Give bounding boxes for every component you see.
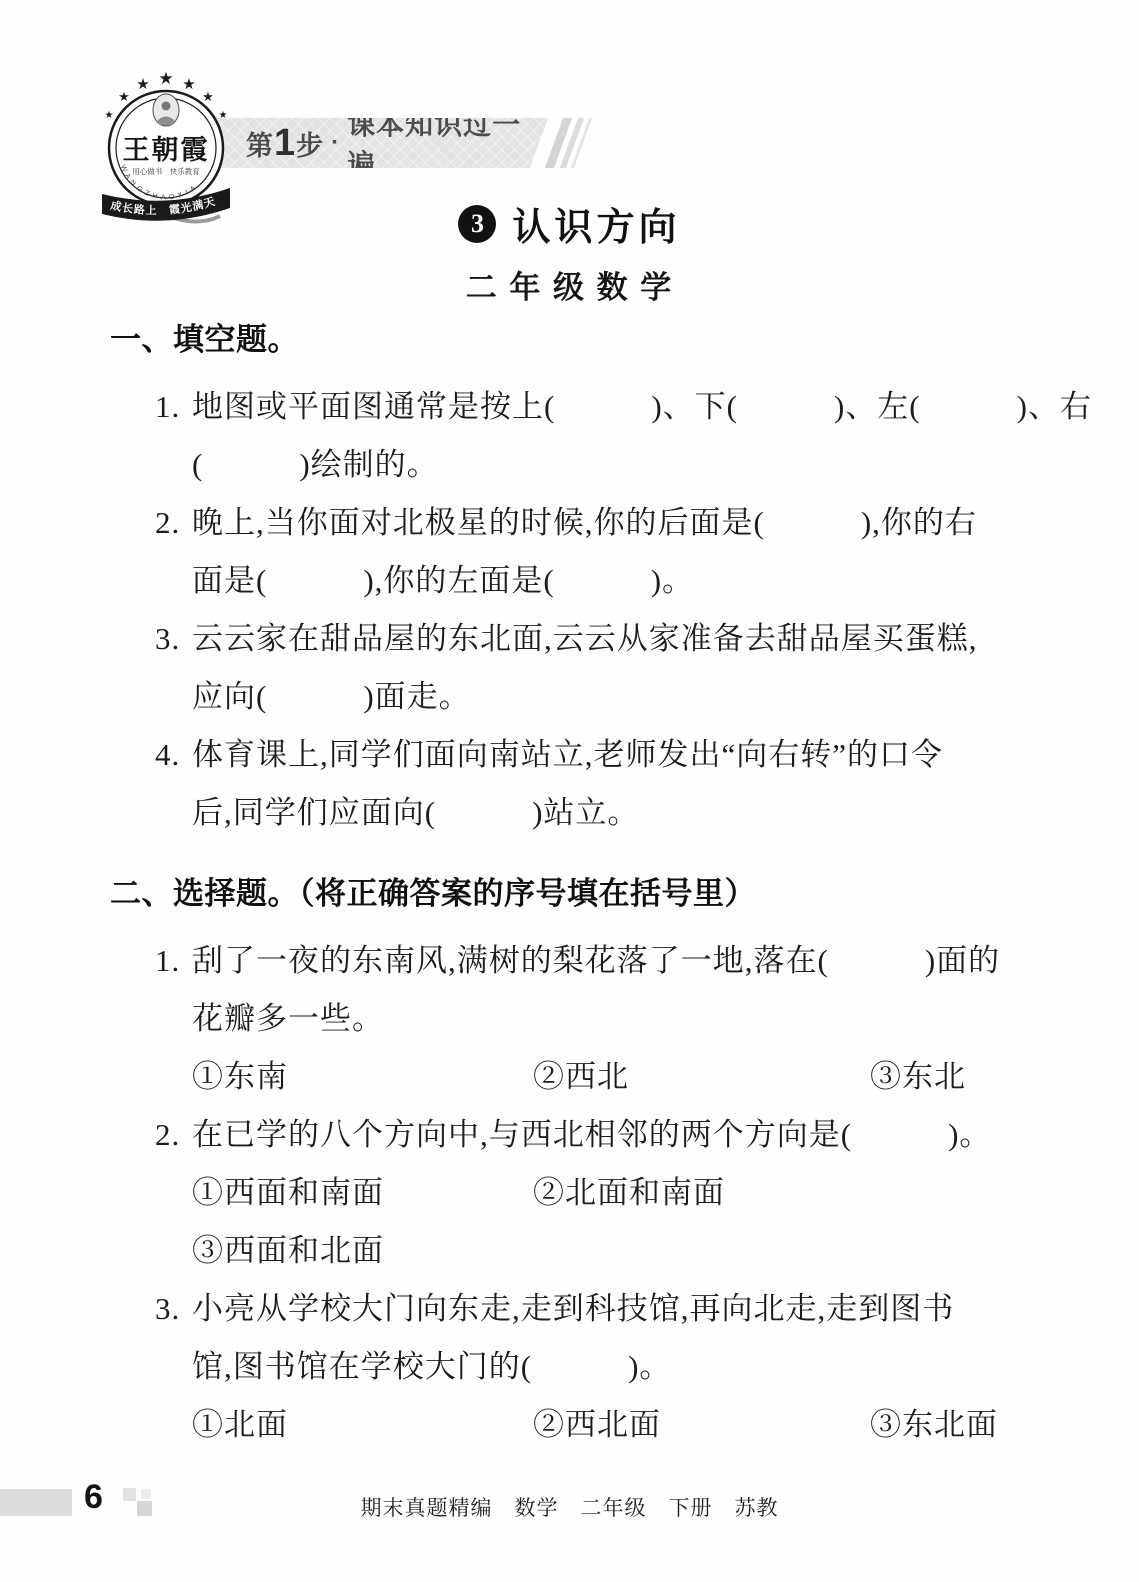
grade-subtitle: 二 年 级 数 学 — [0, 262, 1139, 307]
step-banner: 第 1 步 · 课本知识过一遍 — [214, 118, 548, 168]
question-number: 2. — [155, 1106, 192, 1164]
options-row: ③西面和北面 — [110, 1222, 1040, 1280]
logo-motto-small: 用心做书 快乐教育 — [132, 166, 200, 176]
star-icon: ★ — [182, 76, 195, 93]
question-text: 体育课上,同学们面向南站立,老师发出“向右转”的口令 — [192, 737, 943, 772]
question-text: 刮了一夜的东南风,满树的梨花落了一地,落在( )面的 — [192, 943, 1000, 978]
question-line: 3.云云家在甜品屋的东北面,云云从家准备去甜品屋买蛋糕, — [110, 610, 1040, 668]
choice-question-2: 2.在已学的八个方向中,与西北相邻的两个方向是( )。 ①西面和南面 ②北面和南… — [110, 1106, 1040, 1280]
question-number: 4. — [155, 726, 192, 784]
question-line: 1.地图或平面图通常是按上( )、下( )、左( )、右 — [110, 378, 1040, 436]
star-icon: ★ — [219, 110, 228, 121]
question-text: 在已学的八个方向中,与西北相邻的两个方向是( )。 — [192, 1117, 991, 1152]
options-row: ①北面 ②西北面 ③东北面 — [110, 1396, 1040, 1454]
question-line: 2.晚上,当你面对北极星的时候,你的后面是( ),你的右 — [110, 494, 1040, 552]
section-1-heading: 一、填空题。 — [110, 318, 1040, 362]
choice-question-3: 3.小亮从学校大门向东走,走到科技馆,再向北走,走到图书 馆,图书馆在学校大门的… — [110, 1280, 1040, 1454]
star-icon: ★ — [136, 76, 149, 93]
question-line: 1.刮了一夜的东南风,满树的梨花落了一地,落在( )面的 — [110, 932, 1040, 990]
lesson-number-badge: 3 — [458, 205, 496, 243]
question-text: 面是( ),你的左面是( )。 — [110, 552, 1040, 610]
worksheet-page: 第 1 步 · 课本知识过一遍 ★ ★ ★ ★ ★ ★ ★ WAN — [0, 0, 1139, 1582]
question-line: 4.体育课上,同学们面向南站立,老师发出“向右转”的口令 — [110, 726, 1040, 784]
option-2: ②北面和南面 — [533, 1164, 725, 1222]
question-text: ( )绘制的。 — [110, 436, 1040, 494]
star-icon: ★ — [118, 89, 130, 104]
step-suffix: 步 — [296, 124, 323, 163]
question-text: 地图或平面图通常是按上( )、下( )、左( )、右 — [192, 389, 1092, 424]
brand-logo-badge: ★ ★ ★ ★ ★ ★ ★ WANGZHAOXIA 王朝霞 — [96, 58, 236, 230]
question-number: 3. — [155, 1280, 192, 1338]
fill-question-3: 3.云云家在甜品屋的东北面,云云从家准备去甜品屋买蛋糕, 应向( )面走。 — [110, 610, 1040, 726]
question-text: 后,同学们应面向( )站立。 — [110, 784, 1040, 842]
banner-separator-dot: · — [331, 129, 339, 157]
banner-title: 课本知识过一遍 — [347, 103, 548, 183]
options-row: ①西面和南面 ②北面和南面 — [110, 1164, 1040, 1222]
question-line: 3.小亮从学校大门向东走,走到科技馆,再向北走,走到图书 — [110, 1280, 1040, 1338]
option-3: ③东北 — [870, 1048, 966, 1106]
option-1: ①北面 — [192, 1396, 288, 1454]
fill-question-4: 4.体育课上,同学们面向南站立,老师发出“向右转”的口令 后,同学们应面向( )… — [110, 726, 1040, 842]
options-row: ①东南 ②西北 ③东北 — [110, 1048, 1040, 1106]
fill-question-2: 2.晚上,当你面对北极星的时候,你的后面是( ),你的右 面是( ),你的左面是… — [110, 494, 1040, 610]
question-number: 1. — [155, 378, 192, 436]
banner-stripes — [554, 118, 583, 168]
question-line: 2.在已学的八个方向中,与西北相邻的两个方向是( )。 — [110, 1106, 1040, 1164]
question-number: 2. — [155, 494, 192, 552]
question-text: 花瓣多一些。 — [110, 990, 1040, 1048]
question-text: 小亮从学校大门向东走,走到科技馆,再向北走,走到图书 — [192, 1291, 954, 1326]
star-icon: ★ — [105, 110, 114, 121]
question-number: 1. — [155, 932, 192, 990]
portrait-icon — [153, 94, 179, 126]
brand-logo: ★ ★ ★ ★ ★ ★ ★ WANGZHAOXIA 王朝霞 — [96, 58, 236, 230]
question-area: 一、填空题。 1.地图或平面图通常是按上( )、下( )、左( )、右 ( )绘… — [110, 318, 1040, 1454]
footer-caption: 期末真题精编 数学 二年级 下册 苏教 — [0, 1492, 1139, 1522]
option-3: ③东北面 — [870, 1396, 998, 1454]
star-icon: ★ — [202, 89, 214, 104]
option-1: ①东南 — [192, 1048, 288, 1106]
star-icon: ★ — [158, 69, 173, 88]
option-2: ②西北 — [533, 1048, 629, 1106]
option-1: ①西面和南面 — [192, 1164, 384, 1222]
question-text: 馆,图书馆在学校大门的( )。 — [110, 1338, 1040, 1396]
lesson-title-text: 认识方向 — [512, 196, 680, 251]
question-text: 晚上,当你面对北极星的时候,你的后面是( ),你的右 — [192, 505, 977, 540]
brand-name: 王朝霞 — [123, 135, 210, 165]
question-number: 3. — [155, 610, 192, 668]
step-number: 1 — [274, 124, 295, 162]
option-2: ②西北面 — [533, 1396, 661, 1454]
choice-question-1: 1.刮了一夜的东南风,满树的梨花落了一地,落在( )面的 花瓣多一些。 ①东南 … — [110, 932, 1040, 1106]
section-2-heading: 二、选择题。（将正确答案的序号填在括号里） — [110, 872, 1040, 916]
step-prefix: 第 — [246, 124, 273, 163]
question-text: 云云家在甜品屋的东北面,云云从家准备去甜品屋买蛋糕, — [192, 621, 978, 656]
question-text: 应向( )面走。 — [110, 668, 1040, 726]
option-3: ③西面和北面 — [192, 1222, 384, 1280]
fill-question-1: 1.地图或平面图通常是按上( )、下( )、左( )、右 ( )绘制的。 — [110, 378, 1040, 494]
